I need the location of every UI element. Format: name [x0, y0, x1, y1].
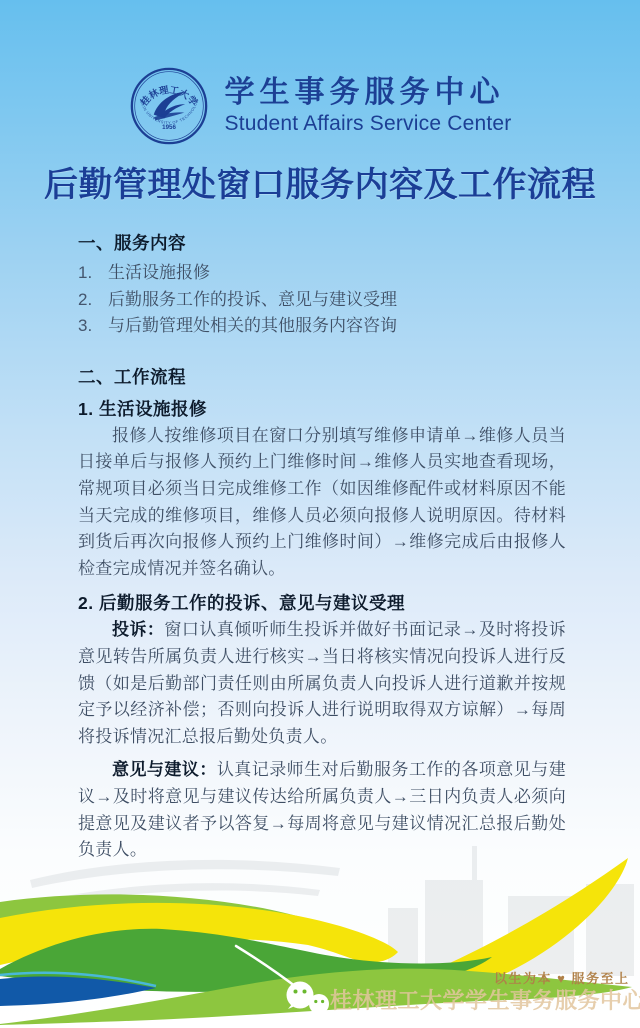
list-item-text: 生活设施报修 — [108, 260, 210, 287]
subsection1-heading: 1. 生活设施报修 — [78, 396, 566, 422]
content-area: 一、服务内容 1. 生活设施报修 2. 后勤服务工作的投诉、意见与建议受理 3.… — [78, 230, 566, 864]
center-name-block: 学生事务服务中心 Student Affairs Service Center — [225, 76, 512, 136]
list-item: 1. 生活设施报修 — [78, 260, 566, 287]
footer: 以生为本 ♥ 服务至上 桂林理工大学学生事务服务中心 — [0, 838, 640, 1028]
service-list: 1. 生活设施报修 2. 后勤服务工作的投诉、意见与建议受理 3. 与后勤管理处… — [78, 260, 566, 340]
suggestion-lead-label: 意见与建议： — [112, 760, 217, 779]
list-item-number: 1. — [78, 260, 108, 287]
subsection2-heading: 2. 后勤服务工作的投诉、意见与建议受理 — [78, 590, 566, 616]
section1-heading: 一、服务内容 — [78, 230, 566, 256]
section2-heading: 二、工作流程 — [78, 364, 566, 390]
list-item: 2. 后勤服务工作的投诉、意见与建议受理 — [78, 287, 566, 314]
org-watermark-text: 桂林理工大学学生事务服务中心 — [330, 984, 640, 1015]
complaint-lead-label: 投诉： — [112, 620, 164, 639]
page-title: 后勤管理处窗口服务内容及工作流程 — [0, 157, 640, 206]
center-name-cn: 学生事务服务中心 — [225, 76, 512, 110]
list-item-text: 后勤服务工作的投诉、意见与建议受理 — [108, 287, 397, 314]
university-seal-logo: 桂林理工大学 GUILIN UNIVERSITY OF TECHNOLOGY 1… — [129, 66, 209, 146]
seal-year-text: 1956 — [162, 124, 176, 131]
list-item: 3. 与后勤管理处相关的其他服务内容咨询 — [78, 313, 566, 340]
list-item-number: 2. — [78, 287, 108, 314]
list-item-text: 与后勤管理处相关的其他服务内容咨询 — [108, 313, 397, 340]
poster-page: 桂林理工大学 GUILIN UNIVERSITY OF TECHNOLOGY 1… — [0, 0, 640, 1028]
header: 桂林理工大学 GUILIN UNIVERSITY OF TECHNOLOGY 1… — [0, 66, 640, 146]
list-item-number: 3. — [78, 313, 108, 340]
complaint-flow-paragraph: 投诉：窗口认真倾听师生投诉并做好书面记录→及时将投诉意见转告所属负责人进行核实→… — [78, 617, 566, 750]
center-name-en: Student Affairs Service Center — [225, 112, 512, 136]
repair-flow-paragraph: 报修人按维修项目在窗口分别填写维修申请单→维修人员当日接单后与报修人预约上门维修… — [78, 423, 566, 583]
